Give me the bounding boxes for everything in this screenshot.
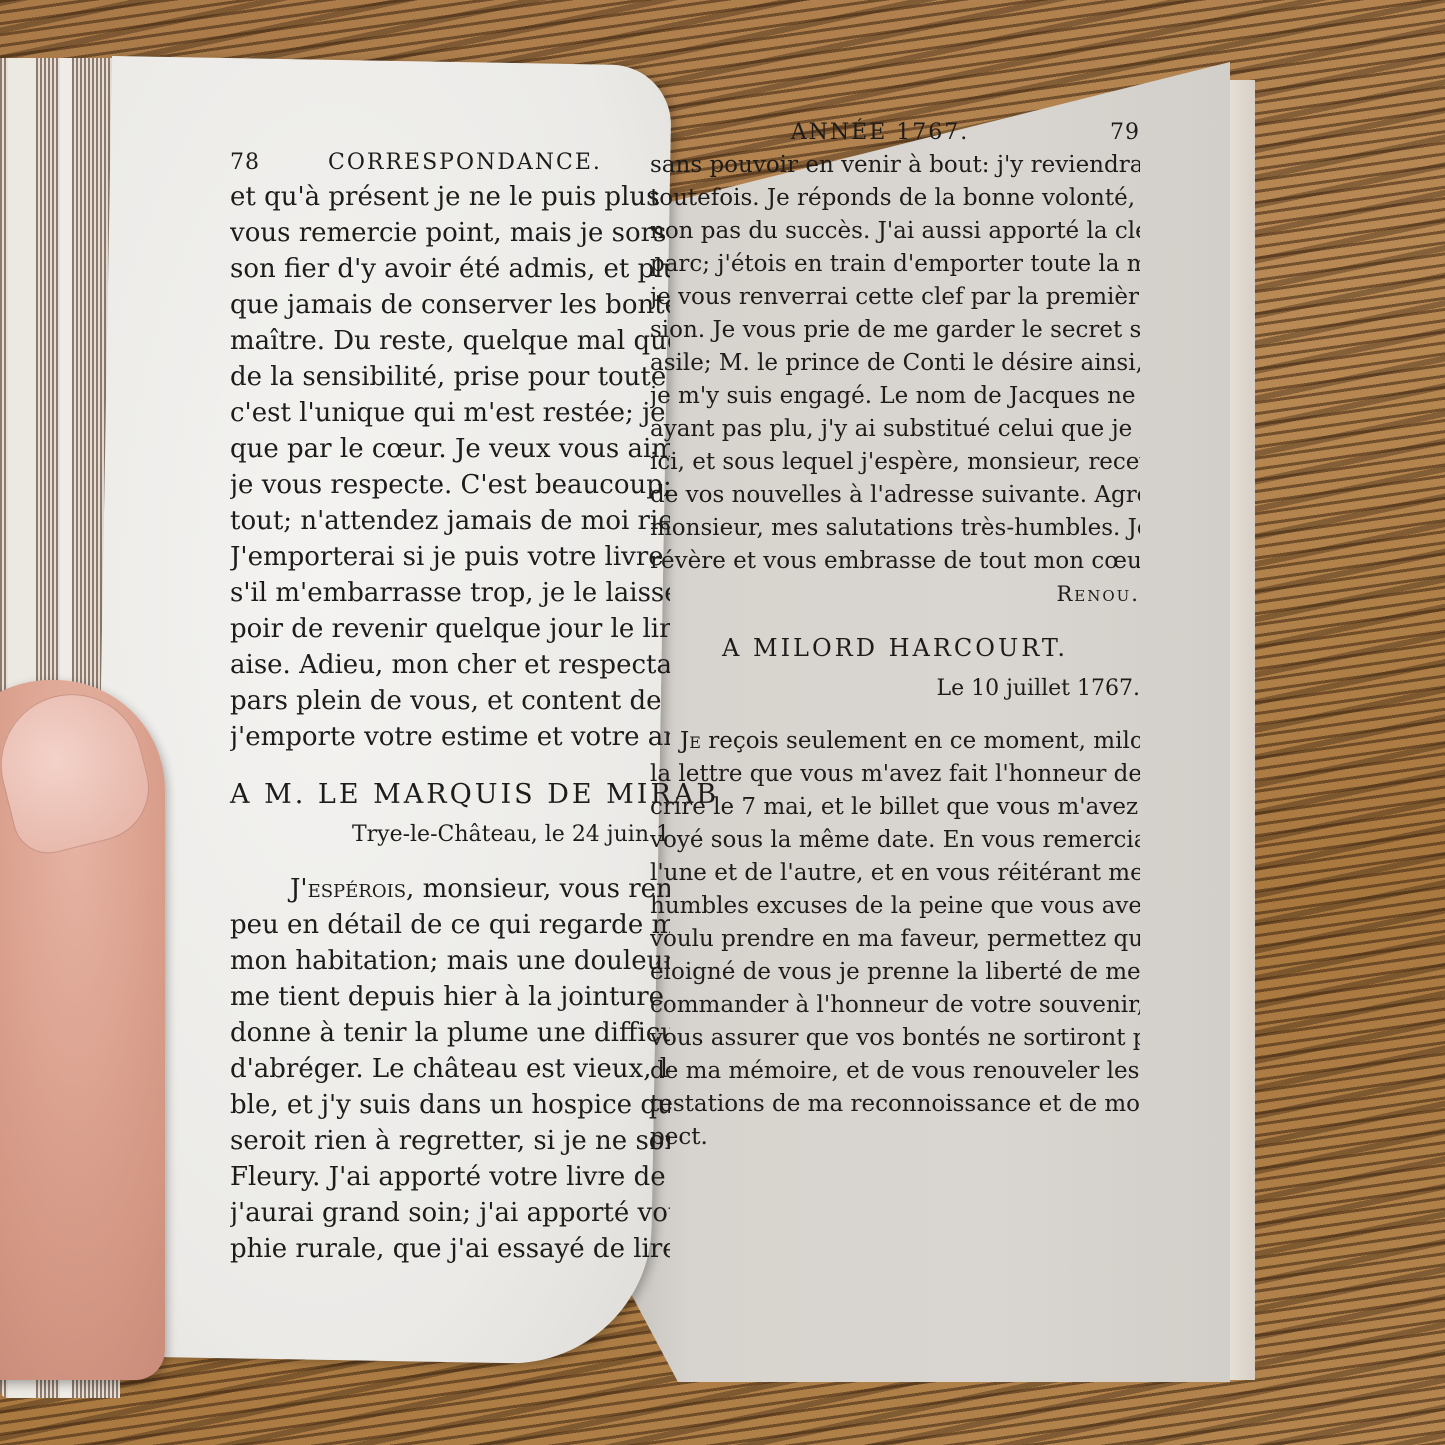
text-line: Je reçois seulement en ce moment, milord… [650,725,1140,758]
text-line: ble, et j'y suis dans un hospice qui ne … [230,1087,670,1123]
text-line: peu en détail de ce qui regarde mon arr [230,907,670,943]
opening-word: J'espérois [290,874,406,904]
text-line: maître. Du reste, quelque mal que vous p [230,323,670,359]
text-line: aise. Adieu, mon cher et respectable h [230,647,670,683]
text-line: voulu prendre en ma faveur, permettez qu… [650,923,1140,956]
running-head-right: ANNÉE 1767. 79 [650,120,1140,145]
text-line: crire le 7 mai, et le billet que vous m'… [650,791,1140,824]
text-line: donne à tenir la plume une difficulté qu… [230,1015,670,1051]
text-line: ayant pas plu, j'y ai substitué celui qu… [650,413,1140,446]
letter-body: Je reçois seulement en ce moment, milord… [650,725,1140,1154]
letter-dateline: Trye-le-Château, le 24 juin 1 [230,822,670,847]
text-line: testations de ma reconnoissance et de mo… [650,1088,1140,1121]
text-line: d'abréger. Le château est vieux, le pays… [230,1051,670,1087]
letter-heading: A MILORD HARCOURT. [650,634,1140,662]
text-line: humbles excuses de la peine que vous ave… [650,890,1140,923]
text-line: toutefois. Je réponds de la bonne volont… [650,182,1140,215]
text-line: de ma mémoire, et de vous renouveler les… [650,1055,1140,1088]
text-line: Fleury. J'ai apporté votre livre de plan… [230,1159,670,1195]
text-line: monsieur, mes salutations très-humbles. … [650,512,1140,545]
text-line: mon habitation; mais une douleur fort v [230,943,670,979]
text-line: de vos nouvelles à l'adresse suivante. A… [650,479,1140,512]
left-page: 78 CORRESPONDANCE. et qu'à présent je ne… [230,150,670,1267]
text-line: l'une et de l'autre, et en vous réitéran… [650,857,1140,890]
text-line: éloigné de vous je prenne la liberté de … [650,956,1140,989]
letter-dateline: Le 10 juillet 1767. [650,676,1140,701]
right-page: ANNÉE 1767. 79 sans pouvoir en venir à b… [650,120,1140,1154]
running-title: CORRESPONDANCE. [328,150,602,175]
text-line: vous assurer que vos bontés ne sortiront… [650,1022,1140,1055]
text-line: pars plein de vous, et content de moi, p [230,683,670,719]
text-line: voyé sous la même date. En vous remercia… [650,824,1140,857]
text-line: J'emporterai si je puis votre livre de p [230,539,670,575]
thumb [0,680,165,1380]
page-number: 78 [230,150,260,175]
text-line: vous remercie point, mais je sors de vot… [230,215,670,251]
text-line: et qu'à présent je ne le puis plus du to… [230,179,670,215]
text-line: s'il m'embarrasse trop, je le laisserai,… [230,575,670,611]
text-line: sion. Je vous prie de me garder le secre… [650,314,1140,347]
text-line: que par le cœur. Je veux vous aimer aut [230,431,670,467]
opening-word: Je [680,728,701,754]
text-fragment: reçois seulement en ce moment, milord, [701,728,1140,754]
text-line: me tient depuis hier à la jointure du po… [230,979,670,1015]
page-number: 79 [1110,120,1140,145]
text-line: je vous renverrai cette clef par la prem… [650,281,1140,314]
text-line: j'emporte votre estime et votre amitié. [230,719,670,755]
text-line: c'est l'unique qui m'est restée; je ne v [230,395,670,431]
text-line: que jamais de conserver les bontés et l'… [230,287,670,323]
text-line: tout; n'attendez jamais de moi rien de [230,503,670,539]
text-line: son fier d'y avoir été admis, et plus de [230,251,670,287]
text-line: seroit rien à regretter, si je ne sortoi… [230,1123,670,1159]
text-line: j'aurai grand soin; j'ai apporté votre p [230,1195,670,1231]
letter-body: J'espérois, monsieur, vous rendre comp p… [230,871,670,1267]
text-fragment: , monsieur, vous rendre comp [406,874,670,904]
text-line: non pas du succès. J'ai aussi apporté la… [650,215,1140,248]
text-line: sans pouvoir en venir à bout: j'y revien… [650,149,1140,182]
text-line: ici, et sous lequel j'espère, monsieur, … [650,446,1140,479]
letter-signature: Renou. [650,582,1140,606]
text-line: je vous respecte. C'est beaucoup; mai [230,467,670,503]
running-title: ANNÉE 1767. [791,120,969,145]
text-line: de la sensibilité, prise pour toute nour [230,359,670,395]
text-line: commander à l'honneur de votre souvenir,… [650,989,1140,1022]
letter-heading: A M. LE MARQUIS DE MIRAB [230,779,670,810]
text-line: asile; M. le prince de Conti le désire a… [650,347,1140,380]
text-line: J'espérois, monsieur, vous rendre comp [230,871,670,907]
text-line: pect. [650,1121,1140,1154]
text-line: parc; j'étois en train d'emporter toute … [650,248,1140,281]
text-line: révère et vous embrasse de tout mon cœur… [650,545,1140,578]
text-line: je m'y suis engagé. Le nom de Jacques ne… [650,380,1140,413]
continued-text: et qu'à présent je ne le puis plus du to… [230,179,670,755]
text-line: phie rurale, que j'ai essayé de lire et … [230,1231,670,1267]
running-head-left: 78 CORRESPONDANCE. [230,150,670,175]
continued-text: sans pouvoir en venir à bout: j'y revien… [650,149,1140,578]
text-line: poir de revenir quelque jour le lire plu… [230,611,670,647]
text-line: la lettre que vous m'avez fait l'honneur… [650,758,1140,791]
